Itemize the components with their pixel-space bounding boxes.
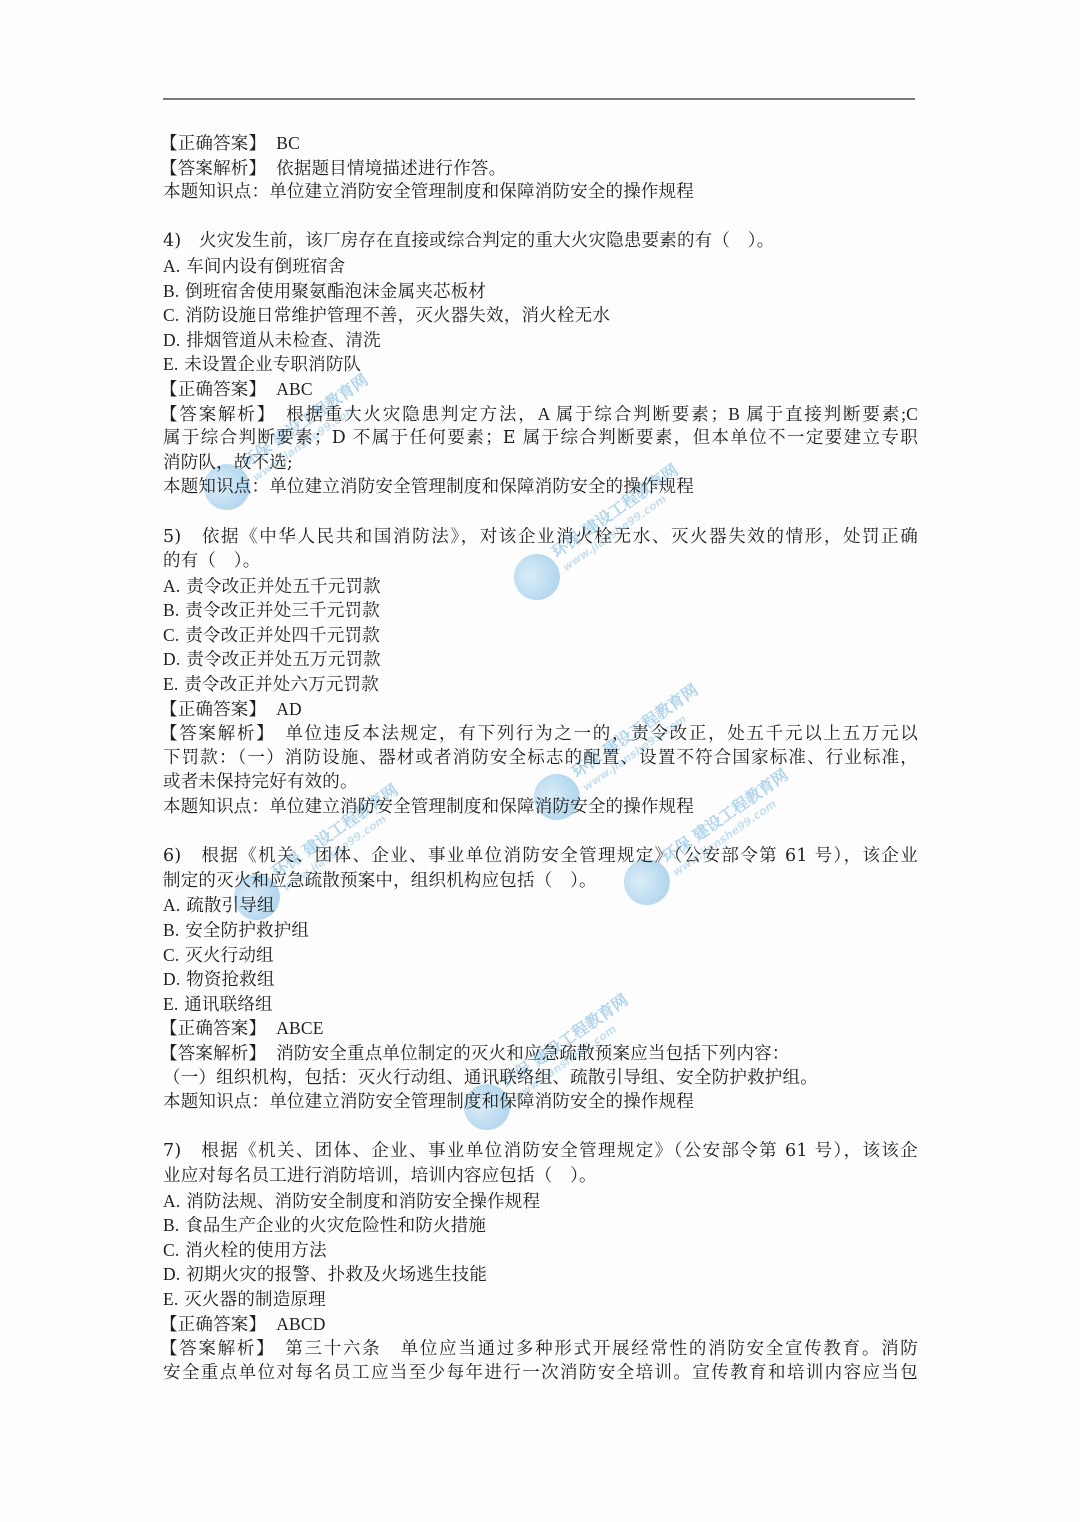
answer-line: 【正确答案】ABCE (163, 1016, 918, 1041)
answer-value: ABCD (276, 1314, 325, 1334)
question-text: 4) 火灾发生前，该厂房存在直接或综合判定的重大火灾隐患要素的有（ ）。 (163, 229, 918, 254)
analysis-line: 【答案解析】根据重大火灾隐患判定方法，A 属于综合判断要素；B 属于直接判断要素… (163, 402, 918, 427)
option-e: E. 灭火器的制造原理 (163, 1287, 918, 1312)
question-text: 7) 根据《机关、团体、企业、事业单位消防安全管理规定》（公安部令第 61 号）… (163, 1139, 918, 1164)
option-c: C. 消防设施日常维护管理不善，灭火器失效，消火栓无水 (163, 303, 918, 328)
analysis-label: 【答案解析】 (160, 1339, 275, 1359)
knowledge-label: 本题知识点： (163, 797, 269, 817)
question-block-q7: 7) 根据《机关、团体、企业、事业单位消防安全管理规定》（公安部令第 61 号）… (163, 1139, 918, 1385)
analysis-text-cont: 下罚款：（一）消防设施、器材或者消防安全标志的配置、设置不符合国家标准、行业标准… (163, 746, 918, 771)
question-text: 6) 根据《机关、团体、企业、事业单位消防安全管理规定》（公安部令第 61 号）… (163, 844, 918, 869)
option-d: D. 责令改正并处五万元罚款 (163, 647, 918, 672)
knowledge-text: 单位建立消防安全管理制度和保障消防安全的操作规程 (269, 182, 694, 202)
knowledge-line: 本题知识点：单位建立消防安全管理制度和保障消防安全的操作规程 (163, 1090, 918, 1115)
analysis-text-cont: 安全重点单位对每名员工应当至少每年进行一次消防安全培训。宣传教育和培训内容应当包 (163, 1361, 918, 1386)
answer-value: AD (276, 699, 302, 719)
option-c: C. 消火栓的使用方法 (163, 1238, 918, 1263)
option-d: D. 物资抢救组 (163, 967, 918, 992)
answer-value: ABCE (276, 1018, 323, 1038)
analysis-text-cont: 或者未保持完好有效的。 (163, 770, 918, 795)
analysis-text-cont: 消防队，故不选; (163, 451, 918, 476)
option-a: A. 责令改正并处五千元罚款 (163, 574, 918, 599)
option-c: C. 责令改正并处四千元罚款 (163, 623, 918, 648)
analysis-text: 消防安全重点单位制定的灭火和应急疏散预案应当包括下列内容： (276, 1043, 789, 1063)
header-rule (163, 98, 915, 100)
knowledge-label: 本题知识点： (163, 477, 269, 497)
option-e: E. 通讯联络组 (163, 992, 918, 1017)
knowledge-line: 本题知识点：单位建立消防安全管理制度和保障消防安全的操作规程 (163, 475, 918, 500)
answer-line: 【正确答案】ABC (163, 377, 918, 402)
knowledge-label: 本题知识点： (163, 182, 269, 202)
question-text-cont: 的有（ ）。 (163, 549, 918, 574)
question-block-q5: 5) 依据《中华人民共和国消防法》，对该企业消火栓无水、灭火器失效的情形，处罚正… (163, 525, 918, 820)
option-b: B. 安全防护救护组 (163, 918, 918, 943)
answer-line: 【正确答案】BC (163, 131, 918, 156)
question-text-cont: 制定的灭火和应急疏散预案中，组织机构应包括（ ）。 (163, 869, 918, 894)
analysis-text-cont: （一）组织机构，包括：灭火行动组、通讯联络组、疏散引导组、安全防护救护组。 (163, 1066, 918, 1091)
option-d: D. 初期火灾的报警、扑救及火场逃生技能 (163, 1262, 918, 1287)
option-e: E. 未设置企业专职消防队 (163, 352, 918, 377)
question-block-q3-tail: 【正确答案】BC 【答案解析】依据题目情境描述进行作答。 本题知识点：单位建立消… (163, 131, 918, 205)
question-block-q4: 4) 火灾发生前，该厂房存在直接或综合判定的重大火灾隐患要素的有（ ）。 A. … (163, 229, 918, 500)
analysis-line: 【答案解析】第三十六条 单位应当通过多种形式开展经常性的消防安全宣传教育。消防 (163, 1336, 918, 1361)
question-text-cont: 业应对每名员工进行消防培训，培训内容应包括（ ）。 (163, 1164, 918, 1189)
knowledge-line: 本题知识点：单位建立消防安全管理制度和保障消防安全的操作规程 (163, 180, 918, 205)
knowledge-text: 单位建立消防安全管理制度和保障消防安全的操作规程 (269, 797, 694, 817)
answer-label: 【正确答案】 (160, 1019, 266, 1039)
analysis-text-cont: 属于综合判断要素；D 不属于任何要素；E 属于综合判断要素，但本单位不一定要建立… (163, 426, 918, 451)
answer-label: 【正确答案】 (160, 1315, 266, 1335)
option-b: B. 倒班宿舍使用聚氨酯泡沫金属夹芯板材 (163, 279, 918, 304)
knowledge-line: 本题知识点：单位建立消防安全管理制度和保障消防安全的操作规程 (163, 795, 918, 820)
answer-line: 【正确答案】AD (163, 697, 918, 722)
option-a: A. 疏散引导组 (163, 893, 918, 918)
option-e: E. 责令改正并处六万元罚款 (163, 672, 918, 697)
analysis-label: 【答案解析】 (160, 159, 266, 179)
option-b: B. 食品生产企业的火灾危险性和防火措施 (163, 1213, 918, 1238)
knowledge-text: 单位建立消防安全管理制度和保障消防安全的操作规程 (269, 1092, 694, 1112)
option-b: B. 责令改正并处三千元罚款 (163, 598, 918, 623)
analysis-label: 【答案解析】 (160, 405, 276, 425)
analysis-label: 【答案解析】 (160, 724, 275, 744)
analysis-line: 【答案解析】消防安全重点单位制定的灭火和应急疏散预案应当包括下列内容： (163, 1041, 918, 1066)
answer-value: ABC (276, 379, 313, 399)
option-d: D. 排烟管道从未检查、清洗 (163, 328, 918, 353)
answer-value: BC (276, 133, 300, 153)
option-c: C. 灭火行动组 (163, 943, 918, 968)
question-block-q6: 6) 根据《机关、团体、企业、事业单位消防安全管理规定》（公安部令第 61 号）… (163, 844, 918, 1115)
analysis-label: 【答案解析】 (160, 1044, 266, 1064)
analysis-text: 依据题目情境描述进行作答。 (276, 158, 506, 178)
option-a: A. 车间内设有倒班宿舍 (163, 254, 918, 279)
knowledge-text: 单位建立消防安全管理制度和保障消防安全的操作规程 (269, 477, 694, 497)
analysis-line: 【答案解析】依据题目情境描述进行作答。 (163, 156, 918, 181)
analysis-text: 第三十六条 单位应当通过多种形式开展经常性的消防安全宣传教育。消防 (285, 1338, 918, 1358)
document-body: 【正确答案】BC 【答案解析】依据题目情境描述进行作答。 本题知识点：单位建立消… (163, 131, 918, 1385)
answer-line: 【正确答案】ABCD (163, 1312, 918, 1337)
analysis-text: 根据重大火灾隐患判定方法，A 属于综合判断要素；B 属于直接判断要素;C (286, 404, 918, 424)
answer-label: 【正确答案】 (160, 134, 266, 154)
analysis-line: 【答案解析】单位违反本法规定，有下列行为之一的，责令改正，处五千元以上五万元以 (163, 721, 918, 746)
question-text: 5) 依据《中华人民共和国消防法》，对该企业消火栓无水、灭火器失效的情形，处罚正… (163, 525, 918, 550)
answer-label: 【正确答案】 (160, 380, 266, 400)
option-a: A. 消防法规、消防安全制度和消防安全操作规程 (163, 1189, 918, 1214)
knowledge-label: 本题知识点： (163, 1092, 269, 1112)
analysis-text: 单位违反本法规定，有下列行为之一的，责令改正，处五千元以上五万元以 (285, 723, 918, 743)
answer-label: 【正确答案】 (160, 700, 266, 720)
